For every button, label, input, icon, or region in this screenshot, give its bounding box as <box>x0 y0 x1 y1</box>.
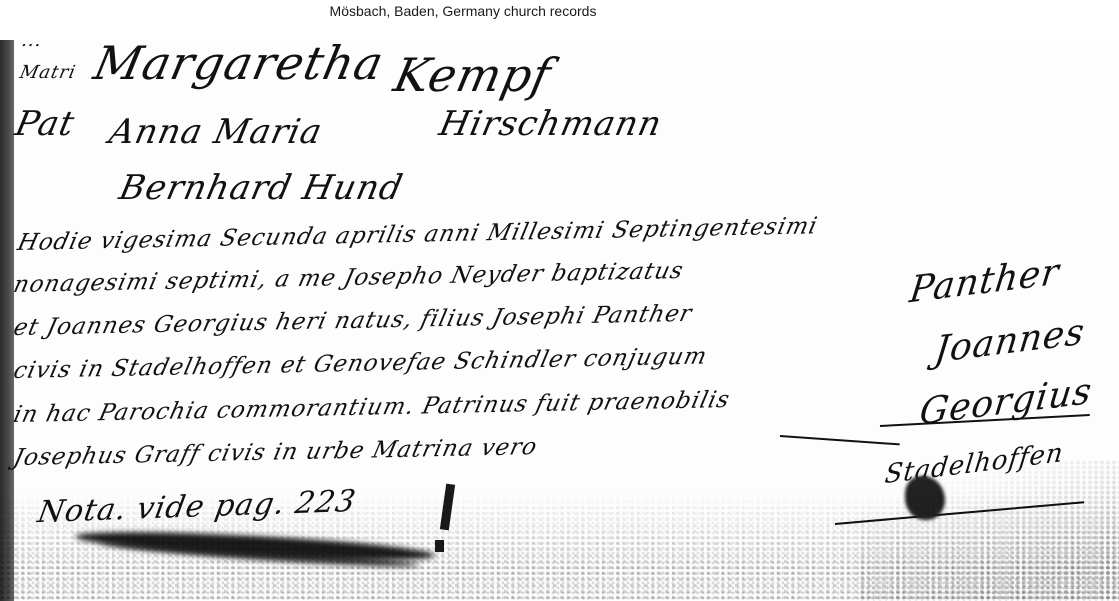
page-caption: Mösbach, Baden, Germany church records <box>0 3 926 19</box>
godparent-surname: Hirschmann <box>436 104 666 144</box>
record-line-3: et Joannes Georgius heri natus, filius J… <box>11 301 695 341</box>
margin-label-mater: Matri <box>18 62 78 83</box>
swash-line <box>780 435 900 445</box>
mother-surname: Kempf <box>389 48 556 102</box>
paper-noise-right <box>859 460 1119 601</box>
scanned-record-image: ... Matri Pat Margaretha Kempf Anna Mari… <box>0 40 1119 601</box>
record-line-1: Hodie vigesima Secunda aprilis anni Mill… <box>15 213 820 256</box>
officiant-name: Bernhard Hund <box>116 168 407 208</box>
side-name-second: Georgius <box>917 370 1094 433</box>
godparent-first-name: Anna Maria <box>106 112 326 152</box>
margin-label-top: ... <box>20 40 45 51</box>
record-line-6: Josephus Graff civis in urbe Matrina ver… <box>11 434 540 471</box>
margin-label-pater: Pat <box>12 104 79 144</box>
record-line-2: nonagesimi septimi, a me Josepho Neyder … <box>11 258 686 298</box>
record-line-5: in hac Parochia commorantium. Patrinus f… <box>11 387 733 428</box>
mother-first-name: Margaretha <box>89 40 389 90</box>
record-line-4: civis in Stadelhoffen et Genovefae Schin… <box>11 343 710 384</box>
side-name-surname: Panther <box>907 251 1061 311</box>
side-name-first: Joannes <box>932 311 1087 371</box>
